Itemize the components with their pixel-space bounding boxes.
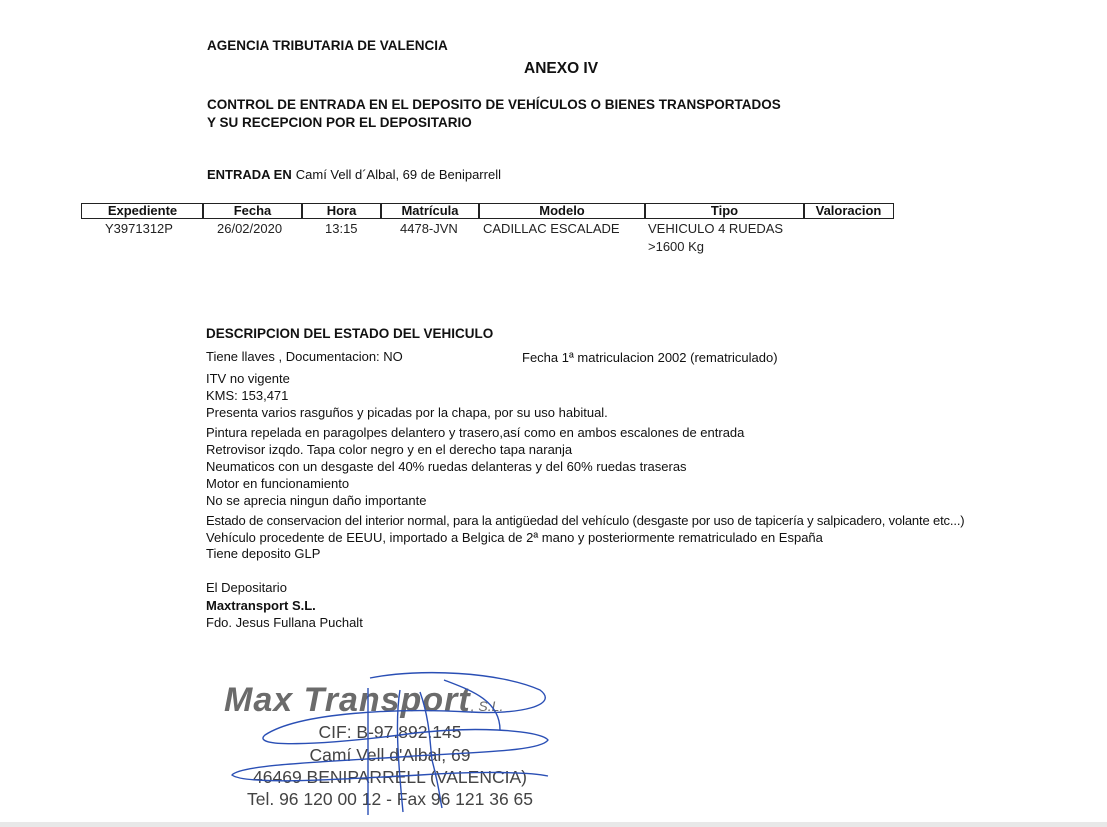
column-header-hora: Hora: [301, 203, 382, 219]
condition-line: KMS: 153,471: [206, 388, 288, 403]
cell-matricula: 4478-JVN: [400, 220, 458, 238]
agency-name: AGENCIA TRIBUTARIA DE VALENCIA: [207, 38, 448, 53]
stamp-phones: Tel. 96 120 00 12 - Fax 96 121 36 65: [220, 789, 560, 810]
column-header-tipo: Tipo: [644, 203, 805, 219]
stamp-address: Camí Vell d'Albal, 69: [220, 745, 560, 766]
condition-line: No se aprecia ningun daño importante: [206, 493, 426, 508]
entry-label: ENTRADA EN: [207, 167, 292, 182]
condition-line: Pintura repelada en paragolpes delantero…: [206, 425, 744, 440]
entry-location: ENTRADA ENCamí Vell d´Albal, 69 de Benip…: [207, 167, 501, 182]
cell-fecha: 26/02/2020: [217, 220, 282, 238]
document-title-line-2: Y SU RECEPCION POR EL DEPOSITARIO: [207, 115, 472, 130]
stamp-city: 46469 BENIPARRELL (VALENCIA): [220, 767, 560, 788]
condition-line: Estado de conservacion del interior norm…: [206, 513, 964, 528]
cell-tipo-line-2: >1600 Kg: [648, 238, 704, 256]
cell-hora: 13:15: [325, 220, 358, 238]
entry-address: Camí Vell d´Albal, 69 de Beniparrell: [296, 167, 501, 182]
column-header-expediente: Expediente: [81, 203, 204, 219]
condition-line: Tiene deposito GLP: [206, 546, 320, 561]
depositary-label: El Depositario: [206, 580, 287, 595]
stamp-brand: Max Transport, S.L.: [224, 681, 503, 720]
document-title-line-1: CONTROL DE ENTRADA EN EL DEPOSITO DE VEH…: [207, 97, 781, 112]
first-registration-date: Fecha 1ª matriculacion 2002 (rematricula…: [522, 350, 778, 365]
column-header-modelo: Modelo: [478, 203, 646, 219]
stamp-brand-name: Max Transport: [224, 681, 471, 719]
cell-modelo: CADILLAC ESCALADE: [483, 220, 620, 238]
signed-by: Fdo. Jesus Fullana Puchalt: [206, 615, 363, 630]
page-bottom-edge: [0, 822, 1107, 827]
column-header-fecha: Fecha: [202, 203, 303, 219]
stamp-brand-suffix: , S.L.: [471, 698, 504, 714]
column-header-valoracion: Valoracion: [803, 203, 894, 219]
condition-line: Motor en funcionamiento: [206, 476, 349, 491]
condition-line: ITV no vigente: [206, 371, 290, 386]
keys-documentation: Tiene llaves , Documentacion: NO: [206, 349, 403, 364]
annex-title: ANEXO IV: [524, 60, 598, 78]
condition-line: Retrovisor izqdo. Tapa color negro y en …: [206, 442, 572, 457]
condition-line: Neumaticos con un desgaste del 40% rueda…: [206, 459, 687, 474]
cell-tipo-line-1: VEHICULO 4 RUEDAS: [648, 220, 783, 238]
description-title: DESCRIPCION DEL ESTADO DEL VEHICULO: [206, 326, 493, 341]
cell-expediente: Y3971312P: [105, 220, 173, 238]
condition-line: Presenta varios rasguños y picadas por l…: [206, 405, 608, 420]
stamp-cif: CIF: B-97.892.145: [220, 722, 560, 743]
condition-line: Vehículo procedente de EEUU, importado a…: [206, 530, 823, 545]
depositary-company: Maxtransport S.L.: [206, 598, 316, 613]
column-header-matricula: Matrícula: [380, 203, 480, 219]
